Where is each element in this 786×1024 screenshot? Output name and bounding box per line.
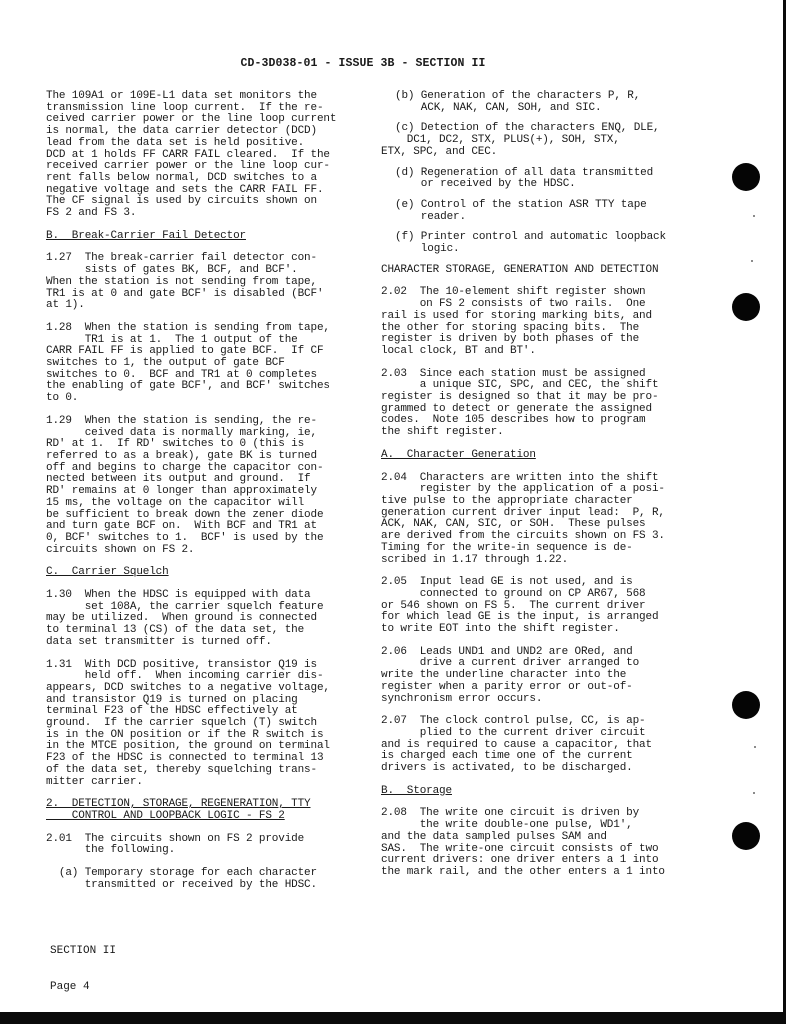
left-column: The 109A1 or 109E-L1 data set monitors t… [46,91,364,902]
paragraph-2-05: 2.05 Input lead GE is not used, and is c… [381,577,703,636]
punch-hole-icon [732,691,760,719]
list-item-c: (c) Detection of the characters ENQ, DLE… [381,123,703,158]
list-item-f: (f) Printer control and automatic loopba… [381,232,703,255]
right-column: (b) Generation of the characters P, R, A… [381,91,703,890]
paragraph-1-28: 1.28 When the station is sending from ta… [46,323,364,405]
paragraph-2-06: 2.06 Leads UND1 and UND2 are ORed, and d… [381,647,703,706]
paragraph-1-30: 1.30 When the HDSC is equipped with data… [46,590,364,649]
punch-hole-icon [732,163,760,191]
heading-section-2-line-2: CONTROL AND LOOPBACK LOGIC - FS 2 [46,811,364,823]
heading-character-storage: CHARACTER STORAGE, GENERATION AND DETECT… [381,265,703,277]
paragraph-2-08: 2.08 The write one circuit is driven by … [381,808,703,878]
list-item-e: (e) Control of the station ASR TTY tape … [381,200,703,223]
list-item-c-text: (c) Detection of the characters ENQ, DLE… [381,122,660,157]
paragraph-1-31: 1.31 With DCD positive, transistor Q19 i… [46,660,364,789]
paragraph-1-29: 1.29 When the station is sending, the re… [46,416,364,556]
paragraph-2-02: 2.02 The 10-element shift register shown… [381,287,703,357]
heading-storage: B. Storage [381,786,703,798]
paragraph-2-04: 2.04 Characters are written into the shi… [381,473,703,567]
paragraph-2-01: 2.01 The circuits shown on FS 2 provide … [46,834,364,857]
speck-mark [753,792,755,794]
heading-character-generation: A. Character Generation [381,450,703,462]
heading-section-2: 2. DETECTION, STORAGE, REGENERATION, TTY… [46,799,364,822]
list-item-b: (b) Generation of the characters P, R, A… [381,91,703,114]
paragraph-2-07: 2.07 The clock control pulse, CC, is ap-… [381,716,703,775]
speck-mark [753,215,755,217]
page-header: CD-3D038-01 - ISSUE 3B - SECTION II [0,57,726,70]
list-item-a: (a) Temporary storage for each character… [46,868,364,891]
list-item-d: (d) Regeneration of all data transmitted… [381,168,703,191]
document-page: CD-3D038-01 - ISSUE 3B - SECTION II The … [0,0,783,1012]
punch-hole-icon [732,293,760,321]
speck-mark [751,260,753,262]
heading-break-carrier-fail-detector: B. Break-Carrier Fail Detector [46,231,364,243]
footer-section: SECTION II [50,945,116,957]
paragraph-1-27: 1.27 The break-carrier fail detector con… [46,253,364,312]
intro-paragraph: The 109A1 or 109E-L1 data set monitors t… [46,91,364,220]
heading-carrier-squelch: C. Carrier Squelch [46,567,364,579]
page-footer: SECTION II Page 4 [50,921,116,1017]
speck-mark [754,746,756,748]
footer-page-number: Page 4 [50,981,116,993]
scan-bottom-edge [0,1012,786,1024]
punch-hole-icon [732,822,760,850]
paragraph-2-03: 2.03 Since each station must be assigned… [381,369,703,439]
